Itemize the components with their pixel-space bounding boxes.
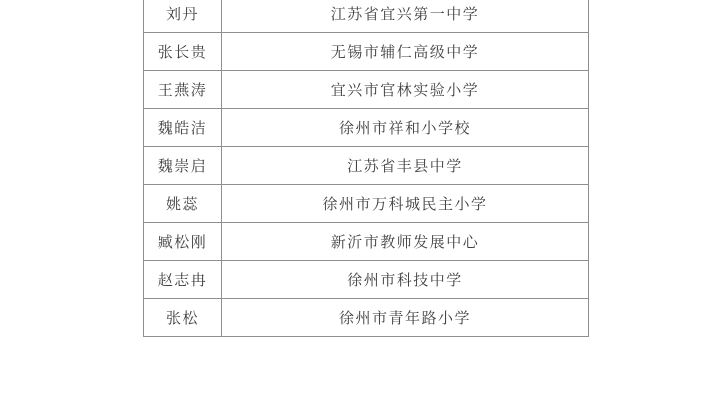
school-cell: 江苏省宜兴第一中学: [222, 0, 588, 32]
school-cell: 徐州市万科城民主小学: [222, 185, 588, 222]
school-cell: 徐州市科技中学: [222, 261, 588, 298]
name-cell: 臧松刚: [144, 223, 222, 260]
name-cell: 刘丹: [144, 0, 222, 32]
table-row: 赵志冉 徐州市科技中学: [144, 260, 588, 298]
name-cell: 魏皓洁: [144, 109, 222, 146]
table-row: 张长贵 无锡市辅仁高级中学: [144, 32, 588, 70]
school-cell: 新沂市教师发展中心: [222, 223, 588, 260]
name-cell: 张长贵: [144, 33, 222, 70]
school-cell: 徐州市祥和小学校: [222, 109, 588, 146]
school-cell: 无锡市辅仁高级中学: [222, 33, 588, 70]
school-cell: 徐州市青年路小学: [222, 299, 588, 336]
name-cell: 王燕涛: [144, 71, 222, 108]
school-cell: 江苏省丰县中学: [222, 147, 588, 184]
name-cell: 姚蕊: [144, 185, 222, 222]
table-row: 臧松刚 新沂市教师发展中心: [144, 222, 588, 260]
name-cell: 张松: [144, 299, 222, 336]
table-row: 姚蕊 徐州市万科城民主小学: [144, 184, 588, 222]
table-row: 魏崇启 江苏省丰县中学: [144, 146, 588, 184]
school-cell: 宜兴市官林实验小学: [222, 71, 588, 108]
table-row: 王燕涛 宜兴市官林实验小学: [144, 70, 588, 108]
name-cell: 赵志冉: [144, 261, 222, 298]
name-school-table: 刘丹 江苏省宜兴第一中学 张长贵 无锡市辅仁高级中学 王燕涛 宜兴市官林实验小学…: [143, 0, 589, 337]
table-row: 张松 徐州市青年路小学: [144, 298, 588, 336]
name-cell: 魏崇启: [144, 147, 222, 184]
table-row: 魏皓洁 徐州市祥和小学校: [144, 108, 588, 146]
table-row: 刘丹 江苏省宜兴第一中学: [144, 0, 588, 32]
